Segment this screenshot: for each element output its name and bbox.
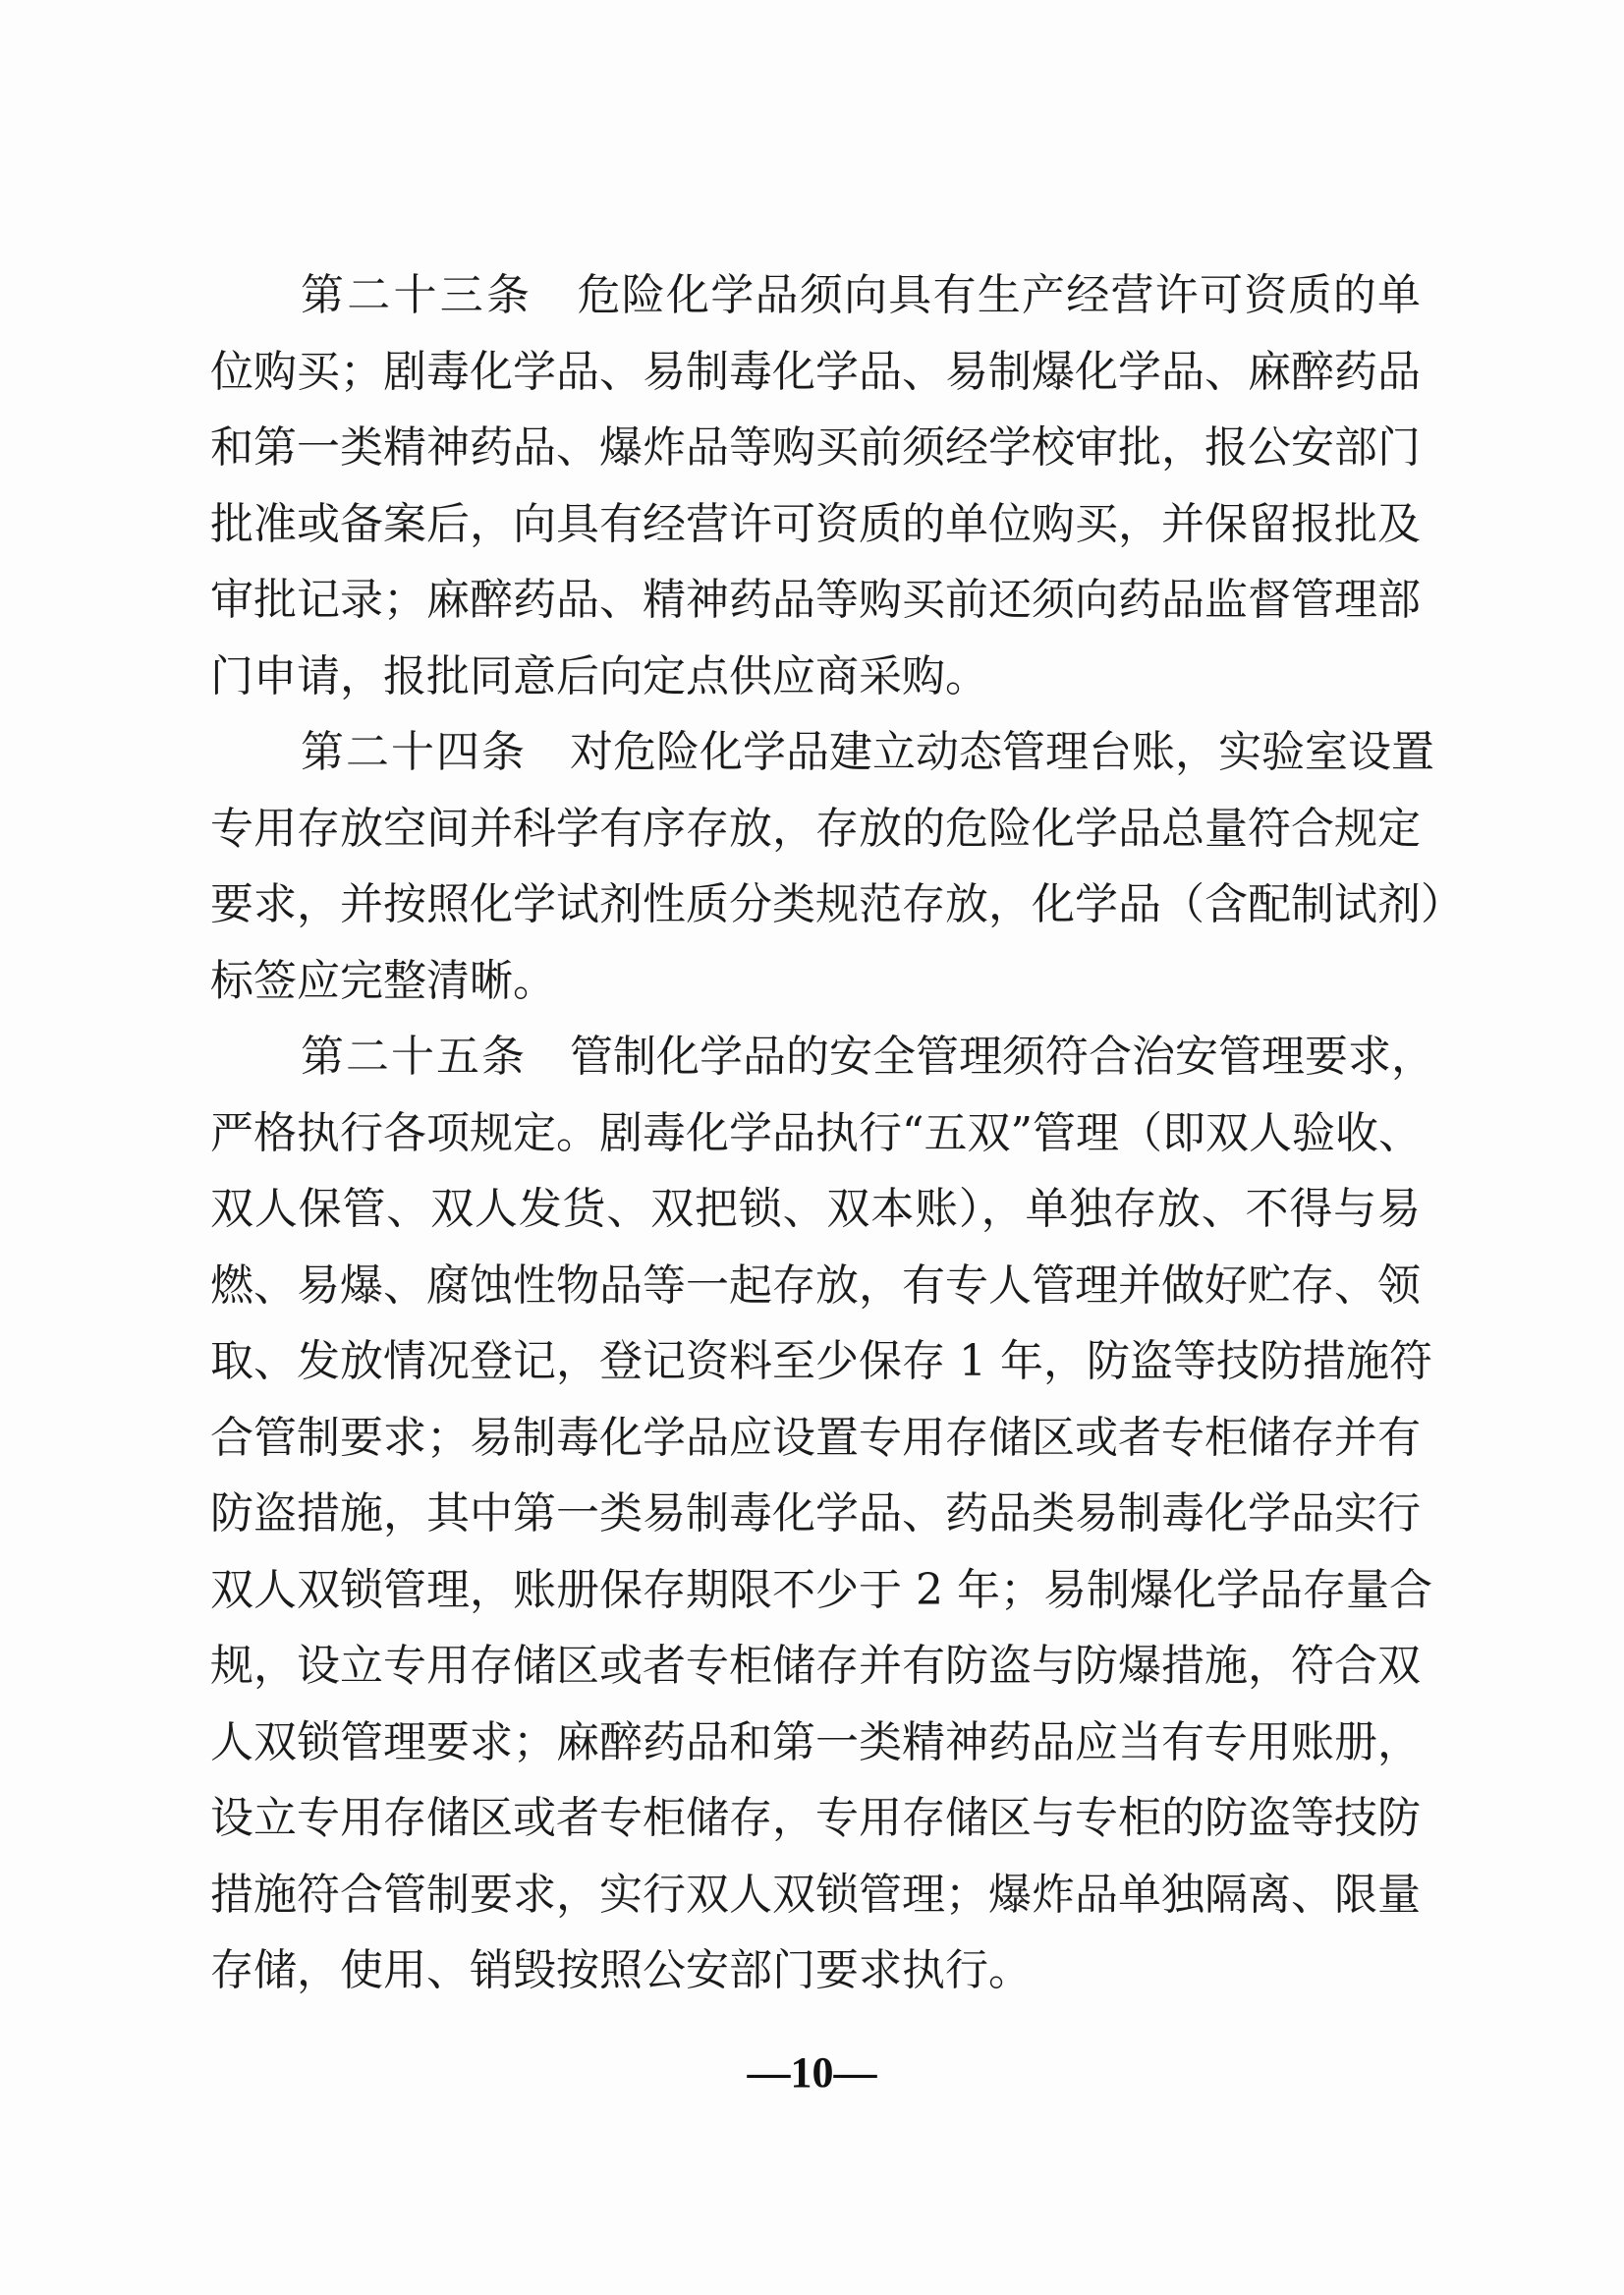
article-25-line-10: 人双锁管理要求；麻醉药品和第一类精神药品应当有专用账册， <box>210 1705 1421 1781</box>
article-23-line-4: 批准或备案后，向具有经营许可资质的单位购买，并保留报批及 <box>210 486 1421 563</box>
article-25-line-11: 设立专用存储区或者专柜储存，专用存储区与专柜的防盗等技防 <box>210 1780 1421 1857</box>
article-23-line-6: 门申请，报批同意后向定点供应商采购。 <box>210 639 1421 715</box>
article-25-text: 管制化学品的安全管理须符合治安管理要求， <box>570 1032 1434 1082</box>
article-24-line-4: 标签应完整清晰。 <box>210 943 1421 1020</box>
article-25-line-3: 双人保管、双人发货、双把锁、双本账），单独存放、不得与易 <box>210 1171 1421 1248</box>
page-number: —10— <box>0 2043 1624 2102</box>
article-25-line-2: 严格执行各项规定。剧毒化学品执行“五双”管理（即双人验收、 <box>210 1095 1421 1172</box>
article-25-line-12: 措施符合管制要求，实行双人双锁管理；爆炸品单独隔离、限量 <box>210 1857 1421 1933</box>
article-24: 第二十四条对危险化学品建立动态管理台账，实验室设置 专用存放空间并科学有序存放，… <box>210 714 1421 1019</box>
article-23-line-2: 位购买；剧毒化学品、易制毒化学品、易制爆化学品、麻醉药品 <box>210 334 1421 411</box>
article-23-line-5: 审批记录；麻醉药品、精神药品等购买前还须向药品监督管理部 <box>210 562 1421 639</box>
article-24-line-1: 第二十四条对危险化学品建立动态管理台账，实验室设置 <box>210 714 1421 791</box>
article-25-line-13: 存储，使用、销毁按照公安部门要求执行。 <box>210 1932 1421 2009</box>
article-25-number: 第二十五条 <box>301 1032 527 1082</box>
article-23: 第二十三条危险化学品须向具有生产经营许可资质的单 位购买；剧毒化学品、易制毒化学… <box>210 257 1421 714</box>
article-25-line-5: 取、发放情况登记，登记资料至少保存 1 年，防盗等技防措施符 <box>210 1323 1421 1400</box>
article-25-line-8: 双人双锁管理，账册保存期限不少于 2 年；易制爆化学品存量合 <box>210 1552 1421 1629</box>
article-25-line-1: 第二十五条管制化学品的安全管理须符合治安管理要求， <box>210 1019 1421 1095</box>
article-23-line-1: 第二十三条危险化学品须向具有生产经营许可资质的单 <box>210 257 1421 334</box>
article-25-line-4: 燃、易爆、腐蚀性物品等一起存放，有专人管理并做好贮存、领 <box>210 1248 1421 1324</box>
article-25: 第二十五条管制化学品的安全管理须符合治安管理要求， 严格执行各项规定。剧毒化学品… <box>210 1019 1421 2009</box>
article-25-line-9: 规，设立专用存储区或者专柜储存并有防盗与防爆措施，符合双 <box>210 1628 1421 1705</box>
article-23-text: 危险化学品须向具有生产经营许可资质的单 <box>576 270 1421 320</box>
article-24-line-3: 要求，并按照化学试剂性质分类规范存放，化学品（含配制试剂） <box>210 867 1421 943</box>
article-24-number: 第二十四条 <box>301 727 527 777</box>
document-page: 第二十三条危险化学品须向具有生产经营许可资质的单 位购买；剧毒化学品、易制毒化学… <box>0 0 1624 2295</box>
article-25-line-7: 防盗措施，其中第一类易制毒化学品、药品类易制毒化学品实行 <box>210 1476 1421 1552</box>
article-23-line-3: 和第一类精神药品、爆炸品等购买前须经学校审批，报公安部门 <box>210 410 1421 486</box>
article-24-text: 对危险化学品建立动态管理台账，实验室设置 <box>570 727 1434 777</box>
article-24-line-2: 专用存放空间并科学有序存放，存放的危险化学品总量符合规定 <box>210 791 1421 868</box>
article-23-number: 第二十三条 <box>301 270 532 320</box>
article-25-line-6: 合管制要求；易制毒化学品应设置专用存储区或者专柜储存并有 <box>210 1400 1421 1477</box>
document-body: 第二十三条危险化学品须向具有生产经营许可资质的单 位购买；剧毒化学品、易制毒化学… <box>210 257 1421 2009</box>
